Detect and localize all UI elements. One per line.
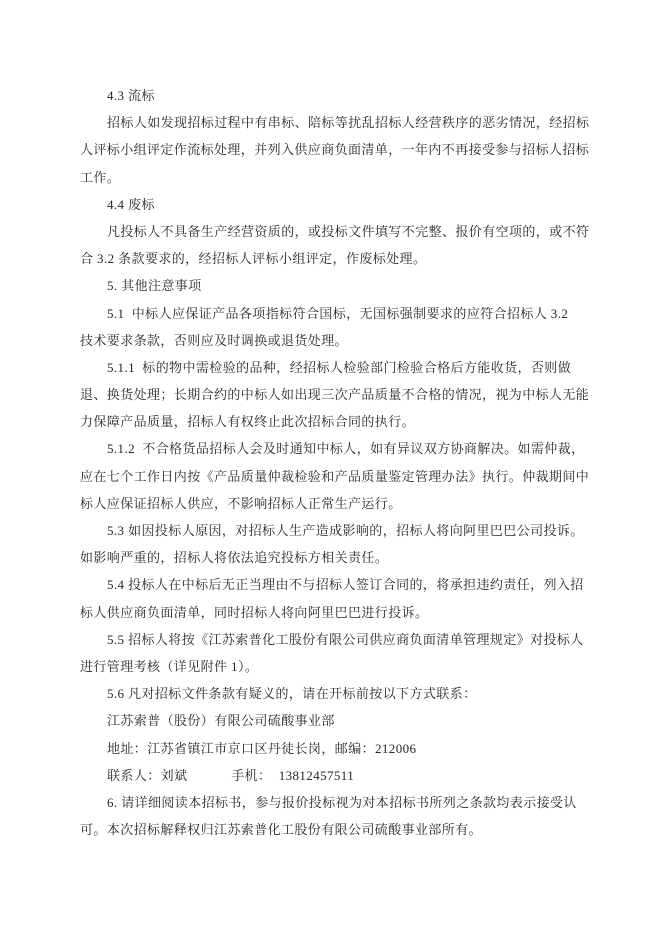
clause-5-1-1-line-1: 5.1.1 标的物中需检验的品种，经招标人检验部门检验合格后方能收货，否则做 [80,354,586,381]
heading-4-3: 4.3 流标 [80,82,586,109]
clause-5-4-line-2: 标人供应商负面清单，同时招标人将向阿里巴巴进行投诉。 [80,599,586,626]
clause-5-1-2-line-2: 应在七个工作日内按《产品质量仲裁检验和产品质量鉴定管理办法》执行。仲裁期间中 [80,463,586,490]
clause-5-5-line-1: 5.5 招标人将按《江苏索普化工股份有限公司供应商负面清单管理规定》对投标人 [80,626,586,653]
clause-5-1-1-line-2: 退、换货处理；长期合约的中标人如出现三次产品质量不合格的情况，视为中标人无能 [80,381,586,408]
clause-6-line-1: 6. 请详细阅读本招标书，参与报价投标视为对本招标书所列之条款均表示接受认 [80,789,586,816]
para-4-4-line-2: 合 3.2 条款要求的，经招标人评标小组评定，作废标处理。 [80,245,586,272]
para-4-4-line-1: 凡投标人不具备生产经营资质的，或投标文件填写不完整、报价有空项的，或不符 [80,218,586,245]
heading-4-4: 4.4 废标 [80,191,586,218]
clause-5-3-line-1: 5.3 如因投标人原因，对招标人生产造成影响的，招标人将向阿里巴巴公司投诉。 [80,517,586,544]
contact-address-line: 地址：江苏省镇江市京口区丹徒长岗，邮编：212006 [80,735,586,762]
clause-6-line-2: 可。本次招标解释权归江苏索普化工股份有限公司硫酸事业部所有。 [80,816,586,843]
clause-5-3-line-2: 如影响严重的，招标人将依法追究投标方相关责任。 [80,544,586,571]
clause-5-5-line-2: 进行管理考核（详见附件 1）。 [80,653,586,680]
para-4-3-line-1: 招标人如发现招标过程中有串标、陪标等扰乱招标人经营秩序的恶劣情况，经招标 [80,109,586,136]
clause-5-1-line-2: 技术要求条款，否则应及时调换或退货处理。 [80,327,586,354]
clause-5-6-line-1: 5.6 凡对招标文件条款有疑义的，请在开标前按以下方式联系： [80,680,586,707]
document-text: 4.3 流标招标人如发现招标过程中有串标、陪标等扰乱招标人经营秩序的恶劣情况，经… [80,82,586,843]
clause-5-1-1-line-3: 力保障产品质量，招标人有权终止此次招标合同的执行。 [80,408,586,435]
clause-5-1-2-line-1: 5.1.2 不合格货品招标人会及时通知中标人，如有异议双方协商解决。如需仲裁， [80,435,586,462]
clause-5-4-line-1: 5.4 投标人在中标后无正当理由不与招标人签订合同的，将承担违约责任，列入招 [80,571,586,598]
contact-company-line: 江苏索普（股份）有限公司硫酸事业部 [80,707,586,734]
clause-5-1-2-line-3: 标人应保证招标人供应，不影响招标人正常生产运行。 [80,490,586,517]
clause-5-1-line-1: 5.1 中标人应保证产品各项指标符合国标，无国标强制要求的应符合招标人 3.2 [80,300,586,327]
contact-person-line: 联系人：刘斌 手机： 13812457511 [80,762,586,789]
document-page: 4.3 流标招标人如发现招标过程中有串标、陪标等扰乱招标人经营秩序的恶劣情况，经… [0,0,662,936]
para-4-3-line-3: 工作。 [80,164,586,191]
heading-5: 5. 其他注意事项 [80,272,586,299]
para-4-3-line-2: 人评标小组评定作流标处理，并列入供应商负面清单，一年内不再接受参与招标人招标 [80,136,586,163]
